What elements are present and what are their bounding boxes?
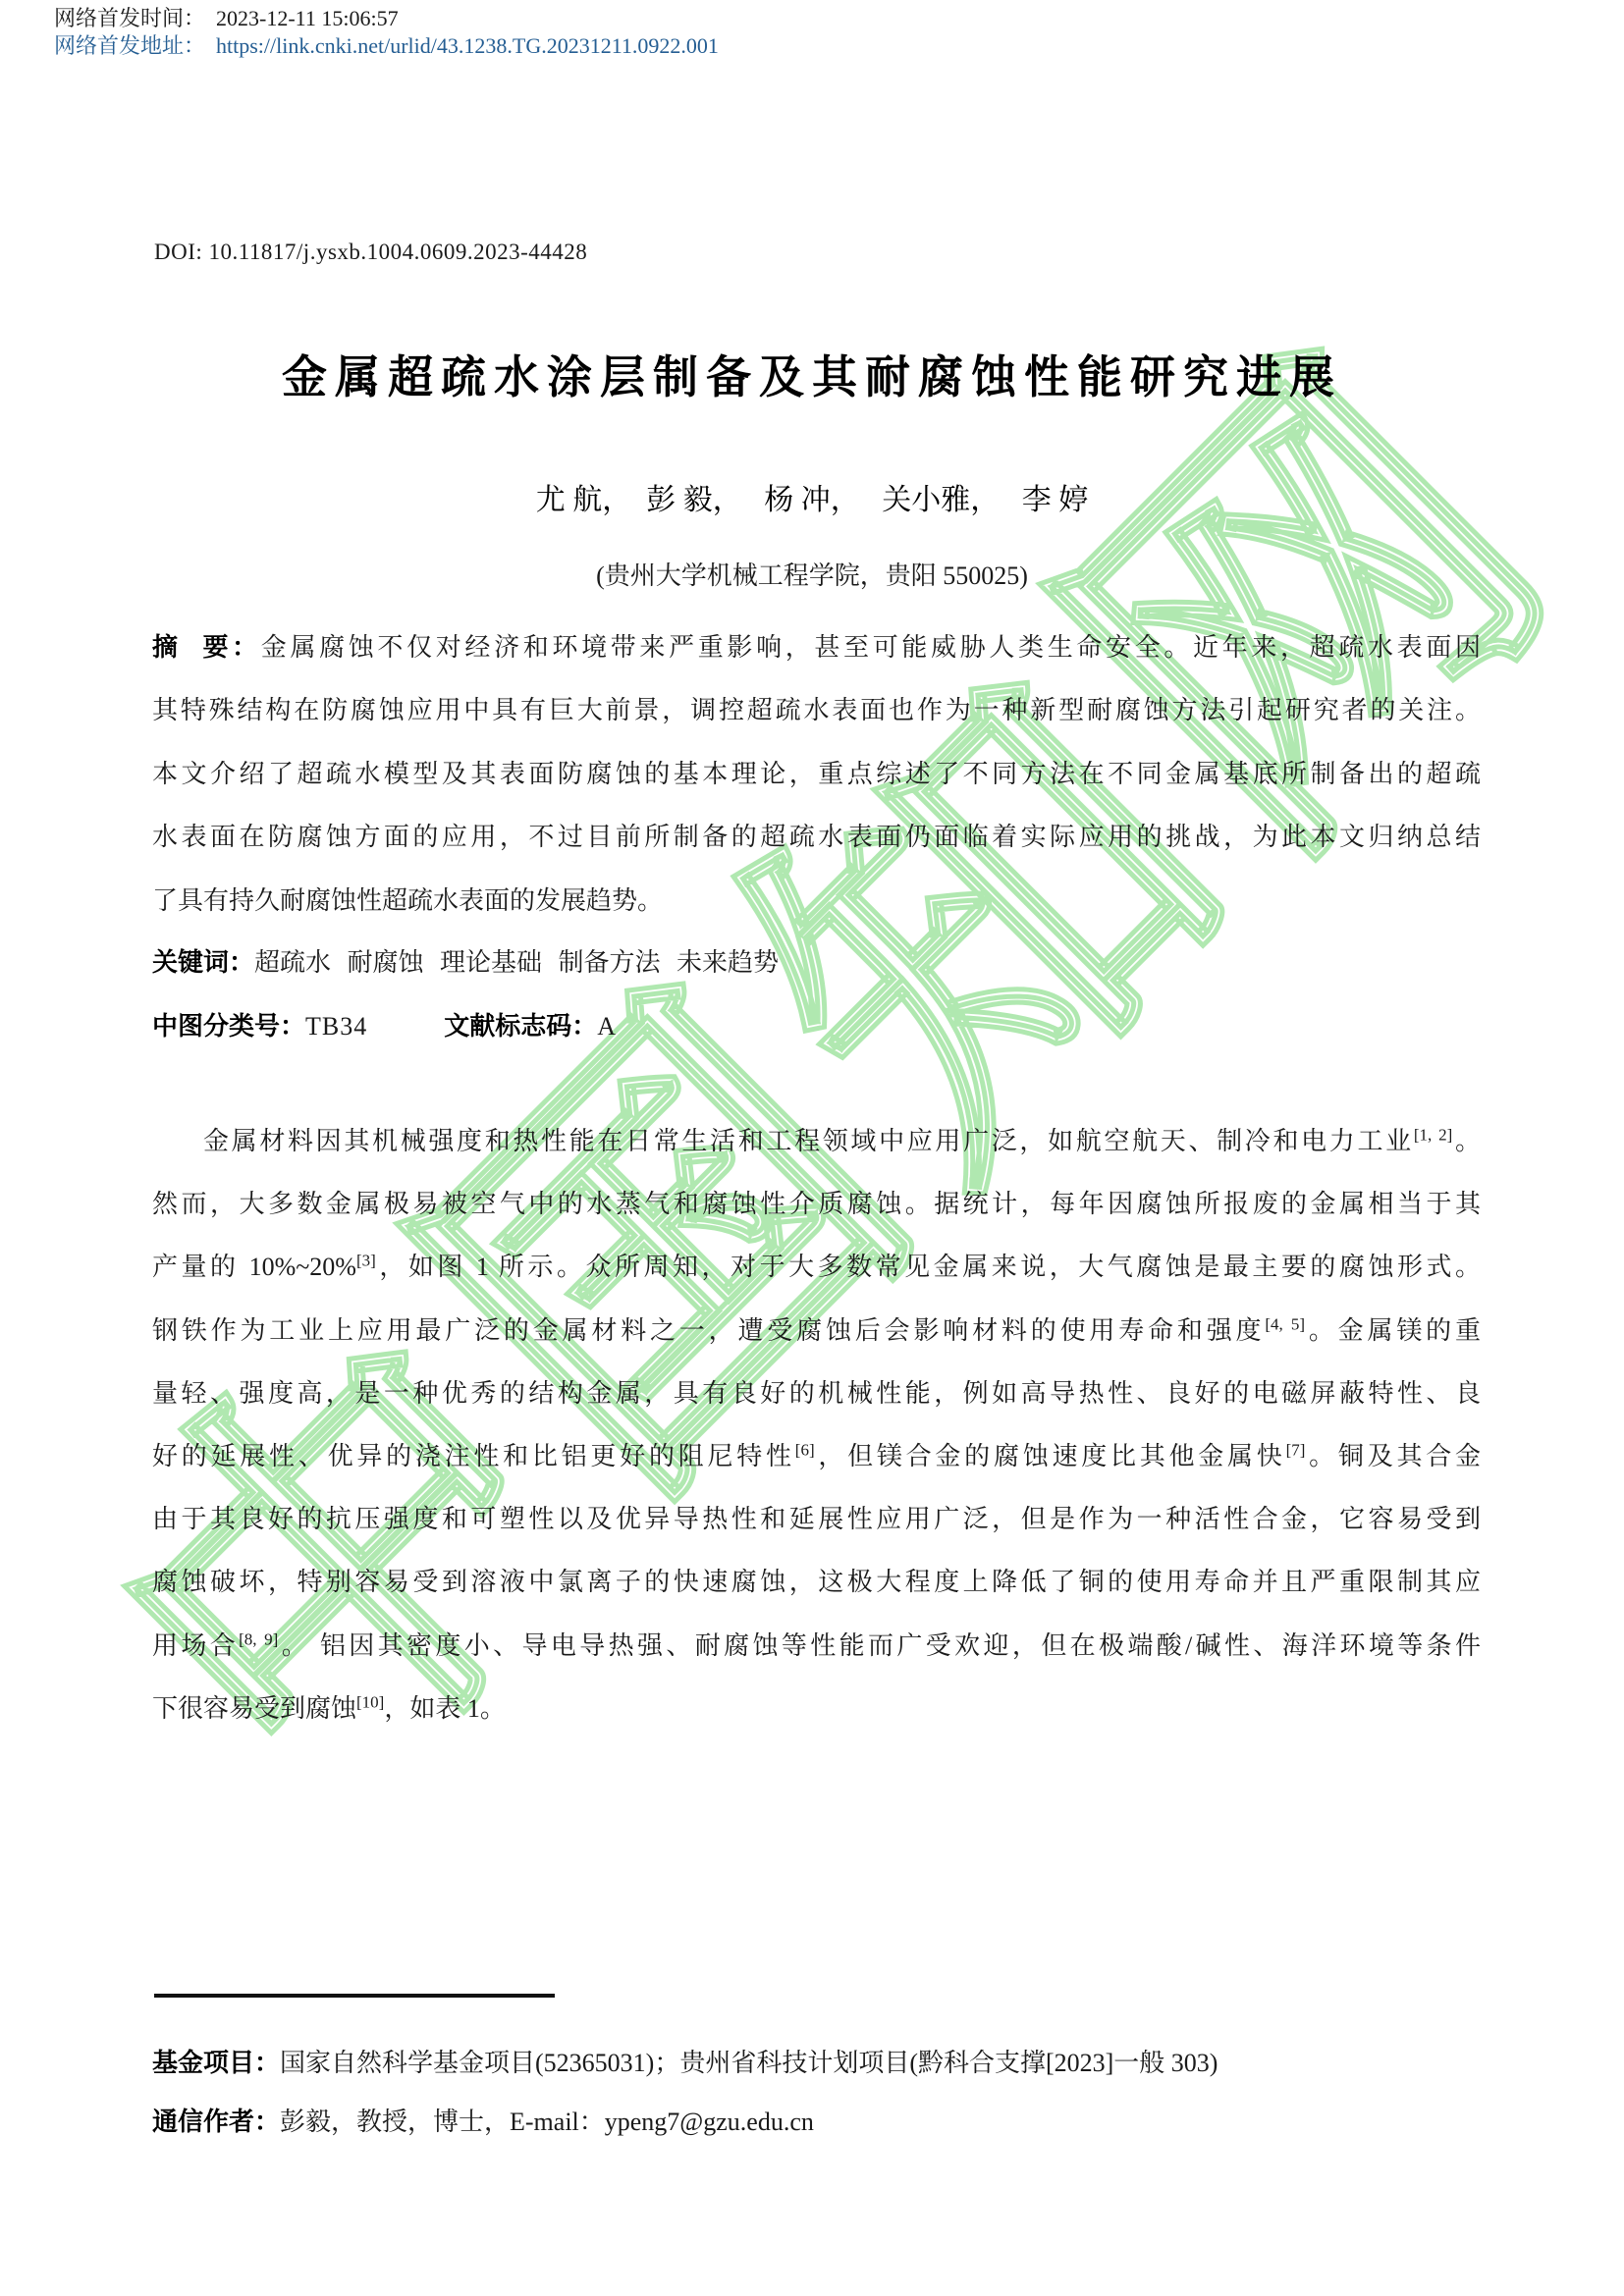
paper-page: 中国知网 网络首发时间： 2023-12-11 15:06:57 网络首发地址：… — [0, 0, 1624, 2296]
author-list: 尤 航， 彭 毅， 杨 冲， 关小雅， 李 婷 — [0, 475, 1624, 518]
body-paragraph: 金属材料因其机械强度和热性能在日常生活和工程领域中应用广泛，如航空航天、制冷和电… — [152, 1110, 1481, 1740]
body-line: 好的延展性、优异的浇注性和比铝更好的阻尼特性[6]，但镁合金的腐蚀速度比其他金属… — [152, 1425, 1481, 1488]
publish-time-label: 网络首发时间： — [54, 6, 216, 30]
fund-label: 基金项目： — [152, 2048, 280, 2077]
corresponding-label: 通信作者： — [152, 2107, 280, 2136]
doc-code-label: 文献标志码： — [444, 1011, 597, 1041]
abstract-label: 摘 要： — [152, 632, 261, 662]
body-line: 量轻、强度高，是一种优秀的结构金属，具有良好的机械性能，例如高导热性、良好的电磁… — [152, 1362, 1481, 1425]
abstract-section: 摘 要：金属腐蚀不仅对经济和环境带来严重影响，甚至可能威胁人类生命安全。近年来，… — [152, 615, 1481, 933]
body-line: 钢铁作为工业上应用最广泛的金属材料之一，遭受腐蚀后会影响材料的使用寿命和强度[4… — [152, 1300, 1481, 1362]
body-line: 金属材料因其机械强度和热性能在日常生活和工程领域中应用广泛，如航空航天、制冷和电… — [152, 1110, 1481, 1173]
body-line: 下很容易受到腐蚀[10]，如表 1。 — [152, 1678, 1481, 1740]
clc-number: TB34 — [305, 1012, 367, 1041]
publish-time-line: 网络首发时间： 2023-12-11 15:06:57 — [54, 5, 719, 32]
affiliation: (贵州大学机械工程学院，贵阳 550025) — [0, 556, 1624, 592]
body-line: 然而，大多数金属极易被空气中的水蒸气和腐蚀性介质腐蚀。据统计，每年因腐蚀所报废的… — [152, 1173, 1481, 1236]
clc-label: 中图分类号： — [152, 1011, 305, 1041]
keywords-text: 超疏水 耐腐蚀 理论基础 制备方法 未来趋势 — [254, 948, 779, 977]
abstract-line: 了具有持久耐腐蚀性超疏水表面的发展趋势。 — [152, 870, 1481, 933]
doc-code: A — [597, 1012, 617, 1041]
abstract-line: 水表面在防腐蚀方面的应用，不过目前所制备的超疏水表面仍面临着实际应用的挑战，为此… — [152, 806, 1481, 869]
doi-line: DOI: 10.11817/j.ysxb.1004.0609.2023-4442… — [154, 240, 587, 265]
abstract-line: 其特殊结构在防腐蚀应用中具有巨大前景，调控超疏水表面也作为一种新型耐腐蚀方法引起… — [152, 679, 1481, 742]
abstract-line: 摘 要：金属腐蚀不仅对经济和环境带来严重影响，甚至可能威胁人类生命安全。近年来，… — [152, 615, 1481, 679]
abstract-text: 金属腐蚀不仅对经济和环境带来严重影响，甚至可能威胁人类生命安全。近年来，超疏水表… — [261, 633, 1481, 662]
corresponding-text: 彭毅，教授，博士，E-mail：ypeng7@gzu.edu.cn — [280, 2108, 814, 2136]
publish-time-value: 2023-12-11 15:06:57 — [216, 6, 399, 30]
corresponding-author-line: 通信作者：彭毅，教授，博士，E-mail：ypeng7@gzu.edu.cn — [152, 2093, 1481, 2151]
keywords-line: 关键词：超疏水 耐腐蚀 理论基础 制备方法 未来趋势 — [152, 931, 1481, 994]
fund-text: 国家自然科学基金项目(52365031)；贵州省科技计划项目(黔科合支撑[202… — [280, 2049, 1218, 2077]
footnote-divider — [154, 1994, 555, 1998]
body-line: 腐蚀破坏，特别容易受到溶液中氯离子的快速腐蚀，这极大程度上降低了铜的使用寿命并且… — [152, 1551, 1481, 1614]
publish-url-label: 网络首发地址： — [54, 33, 216, 58]
paper-title: 金属超疏水涂层制备及其耐腐蚀性能研究进展 — [0, 349, 1624, 404]
publish-url-line: 网络首发地址： https://link.cnki.net/urlid/43.1… — [54, 32, 719, 60]
online-first-header: 网络首发时间： 2023-12-11 15:06:57 网络首发地址： http… — [54, 5, 719, 60]
abstract-line: 本文介绍了超疏水模型及其表面防腐蚀的基本理论，重点综述了不同方法在不同金属基底所… — [152, 743, 1481, 806]
publish-url-link[interactable]: https://link.cnki.net/urlid/43.1238.TG.2… — [216, 33, 719, 58]
classification-line: 中图分类号：TB34文献标志码：A — [152, 994, 1481, 1058]
body-line: 产量的 10%~20%[3]，如图 1 所示。众所周知，对于大多数常见金属来说，… — [152, 1236, 1481, 1299]
fund-line: 基金项目：国家自然科学基金项目(52365031)；贵州省科技计划项目(黔科合支… — [152, 2034, 1481, 2092]
body-line: 由于其良好的抗压强度和可塑性以及优异导热性和延展性应用广泛，但是作为一种活性合金… — [152, 1488, 1481, 1551]
keywords-label: 关键词： — [152, 947, 254, 977]
body-line: 用场合[8, 9]。 铝因其密度小、导电导热强、耐腐蚀等性能而广受欢迎，但在极端… — [152, 1615, 1481, 1678]
